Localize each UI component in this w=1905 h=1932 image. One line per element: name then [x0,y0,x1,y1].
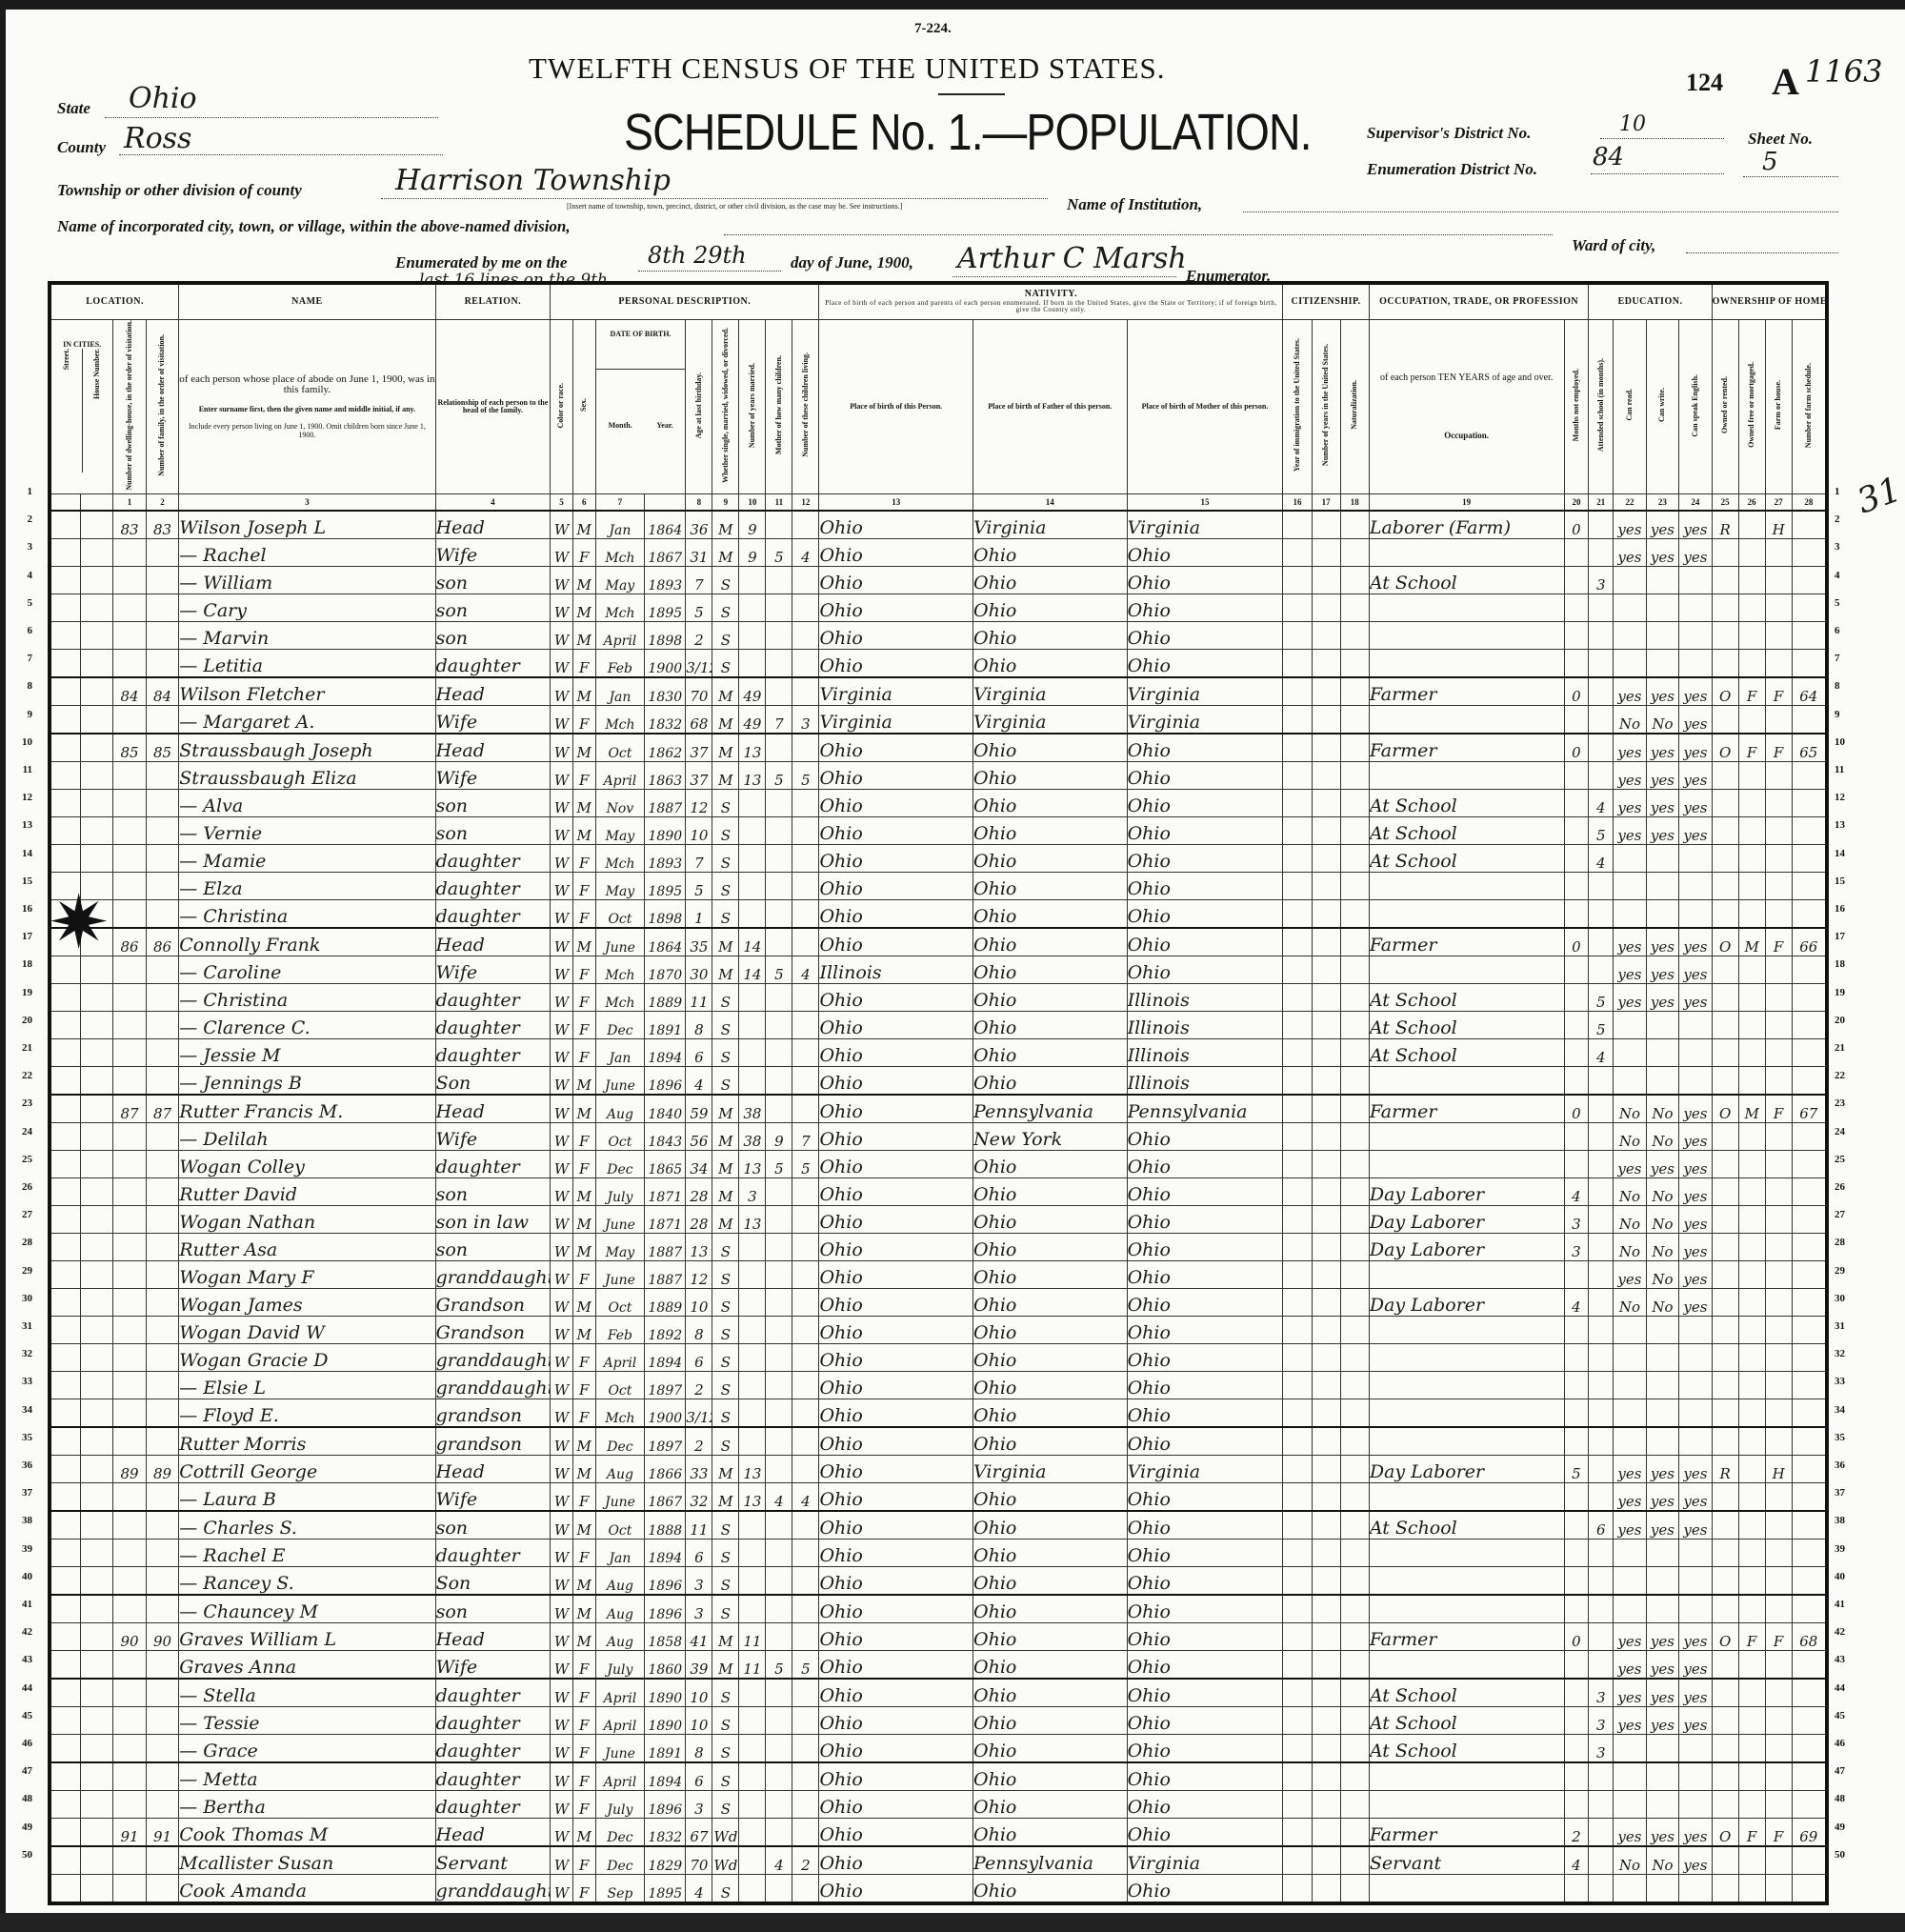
naturalization [1340,1791,1369,1819]
marital-status: S [712,1234,739,1261]
school-months [1589,622,1614,650]
family-number [146,1067,179,1096]
house-cell [80,1123,112,1151]
person-name: — Jennings B [179,1067,435,1096]
free-mortgaged [1738,790,1765,817]
occupation: At School [1369,1039,1564,1067]
can-speak-english: yes [1679,1623,1712,1651]
school-months [1589,1095,1614,1123]
dwelling-number [113,1511,146,1540]
owned-rented [1712,1344,1738,1372]
person-name: — Christina [179,900,435,929]
family-number [146,1012,179,1039]
state-label: State [57,99,90,118]
family-number: 86 [146,928,179,956]
immigration-year [1283,1819,1312,1847]
dwelling-number: 90 [113,1623,146,1651]
farm-schedule-number [1792,1875,1827,1904]
marital-status: S [712,1875,739,1904]
family-number: 83 [146,511,179,539]
birth-month: June [595,1483,645,1512]
table-row: — ChristinadaughterWFOct18981SOhioOhioOh… [50,900,1827,929]
column-number: 13 [819,494,973,512]
mother-of [766,1012,792,1039]
sex: M [572,594,595,622]
relation: Wife [435,762,551,790]
line-number: 47 [13,1765,32,1777]
line-number: 21 [13,1042,32,1054]
owned-rented [1712,1791,1738,1819]
occupation: At School [1369,817,1564,845]
street-cell [50,790,80,817]
page-number: 124 [1686,69,1723,97]
sex: F [572,1735,595,1763]
can-read [1614,1427,1646,1456]
free-mortgaged [1738,1178,1765,1206]
children-living [792,1511,819,1540]
birth-month: July [595,1178,645,1206]
sex: M [572,511,595,539]
birth-month: Oct [595,1123,645,1151]
birth-year: 1900 [645,650,686,678]
enumeration-line [1591,173,1724,174]
house-cell [80,1261,112,1289]
farm-schedule-number [1792,1344,1827,1372]
column-number: 15 [1127,494,1283,512]
birthplace-father: Ohio [973,1317,1128,1344]
sex: M [572,1595,595,1623]
children-living [792,1875,819,1904]
years-in-us [1312,1651,1340,1680]
birth-year: 1864 [645,511,686,539]
birthplace-father: Ohio [973,1791,1128,1819]
years-in-us [1312,1819,1340,1847]
line-number: 32 [13,1348,32,1359]
relation: son [435,1595,551,1623]
township-value: Harrison Township [395,164,671,197]
age: 10 [686,1289,712,1317]
farm-house [1765,1206,1792,1234]
relation: daughter [435,845,551,873]
table-row: Wogan Nathanson in lawWMJune187128M13Ohi… [50,1206,1827,1234]
months-unemployed [1564,956,1589,984]
can-write: yes [1646,1679,1678,1707]
sex: F [572,1039,595,1067]
immigration-year [1283,706,1312,735]
sex: M [572,1289,595,1317]
birthplace-father: Ohio [973,1707,1128,1735]
owned-rented [1712,1289,1738,1317]
marital-status: S [712,1679,739,1707]
farm-schedule-number [1792,956,1827,984]
free-mortgaged [1738,1372,1765,1399]
can-speak-english: yes [1679,539,1712,567]
age: 5 [686,873,712,900]
family-number [146,1289,179,1317]
naturalization [1340,539,1369,567]
owned-rented [1712,1735,1738,1763]
age: 8 [686,1735,712,1763]
can-read [1614,1344,1646,1372]
owned-rented: O [1712,734,1738,762]
school-months [1589,956,1614,984]
farm-schedule-number [1792,873,1827,900]
sex: F [572,1846,595,1875]
owned-rented: O [1712,1095,1738,1123]
mother-of [766,1762,792,1791]
occupation: At School [1369,790,1564,817]
sex: F [572,1123,595,1151]
farm-schedule-number [1792,1707,1827,1735]
farm-house: F [1765,1819,1792,1847]
years-in-us [1312,790,1340,817]
line-number: 37 [13,1487,32,1499]
color-race: W [551,1875,573,1904]
occupation: At School [1369,1511,1564,1540]
family-number [146,1540,179,1567]
years-married [739,1567,766,1596]
line-number: 35 [13,1432,32,1443]
months-unemployed [1564,984,1589,1012]
birth-month: Mch [595,594,645,622]
line-number: 6 [13,625,32,636]
street-cell [50,845,80,873]
children-living [792,1289,819,1317]
mother-of [766,1427,792,1456]
can-read: yes [1614,539,1646,567]
birthplace-mother: Ohio [1127,1791,1283,1819]
school-months: 5 [1589,1012,1614,1039]
immigration-year [1283,1095,1312,1123]
naturalization [1340,1261,1369,1289]
birthplace-person: Ohio [819,1344,973,1372]
county-value: Ross [124,122,191,155]
birthplace-person: Ohio [819,1846,973,1875]
family-number [146,1261,179,1289]
street-cell [50,1707,80,1735]
school-months [1589,1846,1614,1875]
group-personal: PERSONAL DESCRIPTION. [551,283,819,320]
can-read [1614,650,1646,678]
dwelling-number [113,1261,146,1289]
naturalization [1340,928,1369,956]
birth-month: Mch [595,845,645,873]
marital-status: S [712,1567,739,1596]
months-unemployed: 0 [1564,511,1589,539]
house-cell [80,1819,112,1847]
family-number [146,1875,179,1904]
can-speak-english [1679,594,1712,622]
birth-year: 1894 [645,1540,686,1567]
birth-month: Jan [595,1540,645,1567]
birthplace-mother: Ohio [1127,1317,1283,1344]
free-mortgaged [1738,1679,1765,1707]
owned-rented [1712,1261,1738,1289]
months-unemployed: 0 [1564,928,1589,956]
immigration-year [1283,1427,1312,1456]
school-months: 4 [1589,845,1614,873]
farm-schedule-number [1792,539,1827,567]
months-unemployed [1564,1399,1589,1428]
free-mortgaged [1738,1289,1765,1317]
birthplace-father: Ohio [973,1540,1128,1567]
naturalization [1340,650,1369,678]
children-living [792,1206,819,1234]
street-cell [50,817,80,845]
birth-month: Mch [595,539,645,567]
line-number: 43 [1835,1654,1845,1665]
age: 37 [686,734,712,762]
dwelling-header: Number of dwelling-house, in the order o… [113,320,146,494]
township-line [381,198,1048,199]
birth-year: 1893 [645,567,686,594]
column-number: 28 [1792,494,1827,512]
color-race: W [551,1679,573,1707]
children-living [792,817,819,845]
family-number [146,1791,179,1819]
street-cell [50,1039,80,1067]
school-months [1589,1651,1614,1680]
farm-schedule-number: 66 [1792,928,1827,956]
relation: Wife [435,1483,551,1512]
immigration-year [1283,1317,1312,1344]
table-row: Straussbaugh ElizaWifeWFApril186337M1355… [50,762,1827,790]
years-married [739,1707,766,1735]
farm-house [1765,1067,1792,1096]
relation: Wife [435,1651,551,1680]
mother-of [766,1178,792,1206]
line-number: 12 [1835,792,1845,803]
occupation [1369,1067,1564,1096]
person-name: — Clarence C. [179,1012,435,1039]
line-number: 29 [1835,1265,1845,1277]
line-number: 26 [1835,1181,1845,1193]
owned-rented [1712,956,1738,984]
street-cell [50,762,80,790]
immigration-year [1283,1289,1312,1317]
owned-rented [1712,1178,1738,1206]
sex: F [572,1791,595,1819]
free-mortgaged [1738,1067,1765,1096]
birth-year: 1896 [645,1567,686,1596]
mother-of-header: Mother of how many children. [766,320,792,494]
owned-rented [1712,1567,1738,1596]
mother-of [766,1289,792,1317]
line-number: 16 [13,903,32,915]
free-mortgaged: F [1738,734,1765,762]
years-in-us [1312,1540,1340,1567]
column-number: 4 [435,494,551,512]
birthplace-person: Ohio [819,650,973,678]
color-race: W [551,1483,573,1512]
birthplace-person: Ohio [819,1317,973,1344]
line-number: 42 [13,1626,32,1638]
free-mortgaged [1738,567,1765,594]
years-married: 11 [739,1651,766,1680]
years-married [739,1762,766,1791]
can-read: yes [1614,1151,1646,1178]
birth-month: Aug [595,1623,645,1651]
marital-status: S [712,984,739,1012]
school-months [1589,1067,1614,1096]
marital-status: Wd [712,1819,739,1847]
birthplace-mother: Ohio [1127,1679,1283,1707]
can-write [1646,1039,1678,1067]
years-in-us [1312,817,1340,845]
free-mortgaged [1738,1427,1765,1456]
birthplace-person: Ohio [819,1151,973,1178]
street-cell [50,1511,80,1540]
farm-house [1765,1427,1792,1456]
years-in-us [1312,1317,1340,1344]
family-number: 89 [146,1456,179,1483]
line-number: 6 [1835,625,1840,636]
years-married [739,1289,766,1317]
column-number: 8 [686,494,712,512]
table-row: — DelilahWifeWFOct184356M3897OhioNew Yor… [50,1123,1827,1151]
line-number: 27 [13,1209,32,1220]
census-body: 8383Wilson Joseph LHeadWMJan186436M9Ohio… [50,511,1827,1903]
mother-of [766,734,792,762]
months-unemployed-header: Months not employed. [1564,320,1589,494]
family-number [146,1735,179,1763]
naturalization [1340,594,1369,622]
school-months [1589,1372,1614,1399]
color-race: W [551,873,573,900]
naturalization [1340,1819,1369,1847]
line-number: 34 [1835,1404,1845,1416]
family-number [146,622,179,650]
years-married: 3 [739,1178,766,1206]
children-living [792,1067,819,1096]
family-number [146,1344,179,1372]
farm-schedule-number [1792,1483,1827,1512]
table-row: 9191Cook Thomas MHeadWMDec183267WdOhioOh… [50,1819,1827,1847]
birthplace-mother: Pennsylvania [1127,1095,1283,1123]
can-speak-english: yes [1679,1123,1712,1151]
immigration-year [1283,1735,1312,1763]
months-unemployed [1564,539,1589,567]
enumerator-name: Arthur C Marsh [957,242,1187,275]
birth-year: 1900 [645,1399,686,1428]
table-row: — RachelWifeWFMch186731M954OhioOhioOhioy… [50,539,1827,567]
enumeration-value: 84 [1593,143,1624,171]
birthplace-father: Ohio [973,594,1128,622]
street-cell [50,1623,80,1651]
birthplace-mother: Ohio [1127,1567,1283,1596]
years-in-us [1312,845,1340,873]
dwelling-number [113,1067,146,1096]
can-read [1614,1317,1646,1344]
naturalization [1340,706,1369,735]
can-read: yes [1614,1651,1646,1680]
owned-rented [1712,1151,1738,1178]
age: 10 [686,1707,712,1735]
occupation [1369,1595,1564,1623]
house-cell [80,984,112,1012]
years-in-us [1312,1791,1340,1819]
occupation: At School [1369,1707,1564,1735]
dob-header: DATE OF BIRTH. Month.Year. [595,320,686,494]
birthplace-mother: Ohio [1127,928,1283,956]
birthplace-father: Ohio [973,1067,1128,1096]
can-speak-english: yes [1679,1819,1712,1847]
birth-year: 1897 [645,1372,686,1399]
relation: son [435,594,551,622]
street-cell [50,567,80,594]
dwelling-number [113,1317,146,1344]
farm-schedule-number [1792,762,1827,790]
person-name: — Tessie [179,1707,435,1735]
family-number [146,1123,179,1151]
birthplace-mother: Ohio [1127,1483,1283,1512]
immigration-year [1283,1151,1312,1178]
birth-month: April [595,1707,645,1735]
color-race: W [551,984,573,1012]
immigration-year [1283,1651,1312,1680]
can-read: yes [1614,1707,1646,1735]
naturalization [1340,1595,1369,1623]
line-number: 16 [1835,903,1845,915]
birth-year: 1862 [645,734,686,762]
occupation: Farmer [1369,677,1564,706]
occupation [1369,900,1564,929]
marital-status: M [712,1623,739,1651]
years-married [739,1399,766,1428]
farm-house [1765,845,1792,873]
birth-month: Dec [595,1012,645,1039]
line-number: 15 [13,875,32,887]
immigration-year [1283,1178,1312,1206]
free-mortgaged [1738,762,1765,790]
marital-status: M [712,1456,739,1483]
sex: F [572,1651,595,1680]
mother-of [766,1399,792,1428]
relation: Wife [435,706,551,735]
birthplace-person: Ohio [819,1707,973,1735]
line-number: 7 [13,653,32,664]
marital-status: S [712,1039,739,1067]
free-mortgaged [1738,1540,1765,1567]
dwelling-number [113,1762,146,1791]
person-name: Straussbaugh Joseph [179,734,435,762]
line-number: 3 [13,541,32,553]
school-months [1589,1791,1614,1819]
color-race: W [551,622,573,650]
immigration-year [1283,622,1312,650]
dwelling-number: 86 [113,928,146,956]
immigration-year [1283,817,1312,845]
family-number [146,1234,179,1261]
months-unemployed [1564,706,1589,735]
birth-year: 1894 [645,1344,686,1372]
birthplace-person: Ohio [819,1791,973,1819]
children-living [792,1261,819,1289]
birth-month: April [595,622,645,650]
birthplace-mother: Ohio [1127,1762,1283,1791]
occupation [1369,1791,1564,1819]
farm-schedule-number [1792,1735,1827,1763]
children-living [792,1039,819,1067]
house-cell [80,594,112,622]
table-row: — Jessie MdaughterWFJan18946SOhioOhioIll… [50,1039,1827,1067]
column-number: 1 [113,494,146,512]
age: 6 [686,1344,712,1372]
birthplace-mother: Ohio [1127,1123,1283,1151]
age: 3 [686,1595,712,1623]
sex: M [572,1178,595,1206]
months-unemployed [1564,1679,1589,1707]
